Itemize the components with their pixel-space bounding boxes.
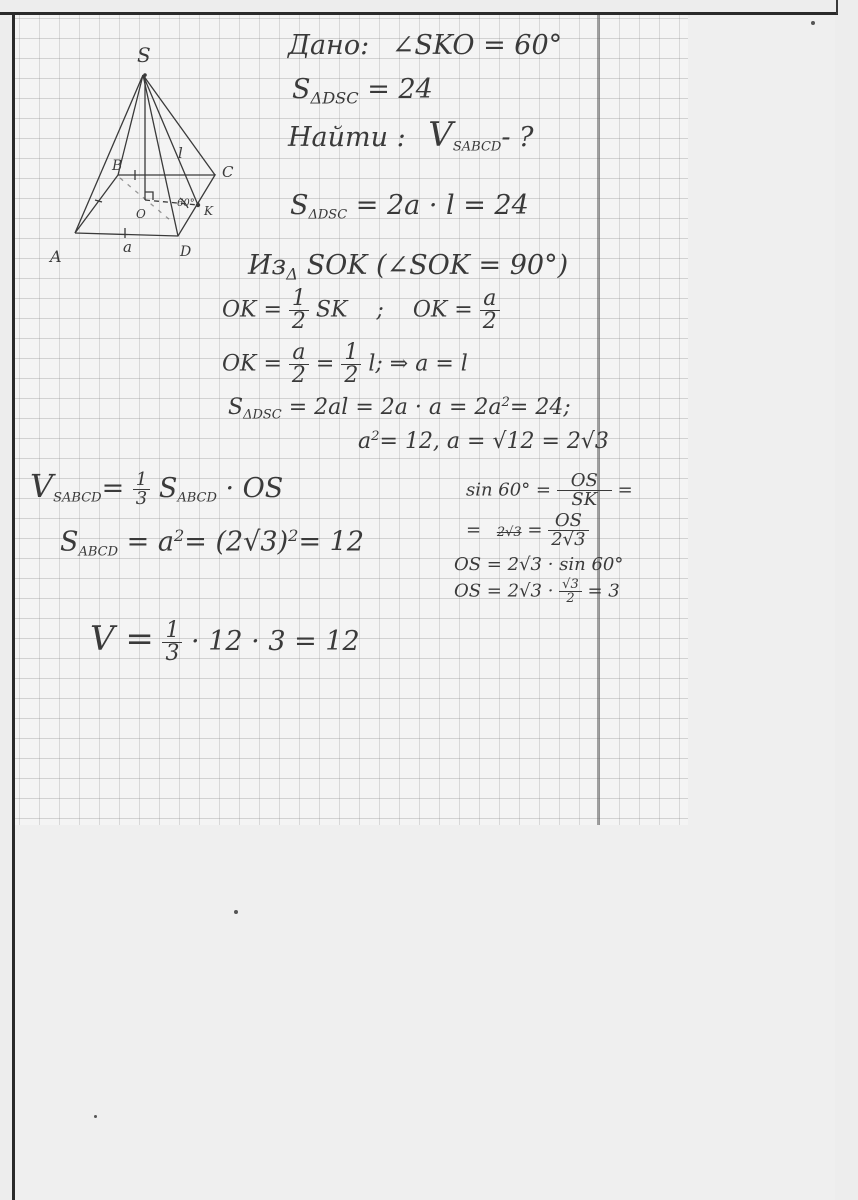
label-vertex-a: A [48,247,62,266]
ok-left: OK = [222,352,282,377]
frac-num: a [289,342,309,365]
os-result: = 3 [587,581,619,602]
label-midpoint-k: K [203,204,214,218]
frac-den: 3 [133,490,150,508]
equals: = [527,520,542,541]
area-formula-sub: ΔDSC [309,208,348,223]
s-symbol: S [60,527,79,558]
label-vertex-c: C [222,163,234,181]
base-area-result: = 12 [298,527,364,558]
frac-num: a [480,288,500,311]
label-center-o: O [136,207,146,221]
frac-den: 2 [480,311,500,333]
s-symbol: S [159,473,178,504]
base-area-line: SABCD = a2= (2√3)2= 12 [60,528,364,558]
crossed-out-value: 2√3 [497,525,522,540]
equals: = [316,352,334,377]
frac-num: √3 [559,578,582,592]
separator: ; [376,298,383,323]
v-equals: V = [90,619,154,659]
area-sub: ΔDSC [243,407,282,422]
triangle-sok-text: SOK (∠SOK = 90°) [307,250,569,281]
frac-num: 1 [289,288,309,311]
fraction-sqrt3-half: √32 [559,578,582,605]
sin-line: sin 60° = OSSK = [466,472,633,509]
fraction-os-2sqrt3: OS2√3 [548,512,588,549]
frac-den: 2 [289,311,309,333]
given-label: Дано: [288,30,369,61]
scan-edge-corner [836,0,838,14]
sub-line: = 2√3 = OS2√3 [466,512,589,549]
frac-den: 2√3 [548,531,588,549]
volume-formula: VSABCD= 13 SABCD · OS [30,470,283,508]
fraction-third: 13 [133,471,150,508]
os-line-2: OS = 2√3 · √32 = 3 [454,578,620,605]
margin-line [597,15,600,825]
find-volume-subscript: SABCD [453,140,501,155]
equals: = [618,480,633,501]
from-prefix: Из [248,250,286,281]
volume-tail: · OS [226,473,284,504]
find-suffix: - ? [501,122,533,153]
area-solve-rhs: = 2al = 2a · a = 2a [289,395,502,420]
a-squared: = a [127,527,174,558]
from-triangle-line: ИзΔ SOK (∠SOK = 90°) [248,252,568,283]
final-volume-result: · 12 · 3 = 12 [191,626,360,657]
area-formula-rhs: = 2a · l = 24 [356,190,529,221]
frac-den: SK [557,491,612,509]
area-subscript: ΔDSC [311,89,359,108]
sin-left: sin 60° = [466,480,551,501]
scan-speck [811,21,815,25]
label-apothem-l: l [178,144,183,162]
frac-den: 2 [341,365,361,387]
fraction-os-sk: OSSK [557,472,612,509]
paren-expr: = (2√3) [184,527,288,558]
s-subscript: ABCD [177,491,217,506]
fraction-half: 12 [341,342,361,387]
equals: = [466,520,481,541]
area-solve-end: = 24; [510,395,571,420]
v-subscript: SABCD [53,491,101,506]
ok-left: OK = [222,298,282,323]
ok-equal-line: OK = a2 = 12 l; ⇒ a = l [222,342,468,387]
frac-den: 2 [289,365,309,387]
ok-half-line: OK = 12 SK ; OK = a2 [222,288,500,333]
area-solve-line: SΔDSC = 2al = 2a · a = 2a2= 24; [228,396,571,421]
os-line-1: OS = 2√3 · sin 60° [454,556,623,574]
given-angle: Дано: ∠SKO = 60° [288,32,562,59]
find-line: Найти : VSABCD- ? [288,118,534,154]
given-area: SΔDSC = 24 [292,76,433,107]
area-formula: SΔDSC = 2a · l = 24 [290,192,529,222]
find-label: Найти : [288,122,406,153]
fraction-half: 12 [289,288,309,333]
a-symbol: a [358,429,371,454]
a-equals-l: l; ⇒ a = l [368,352,467,377]
frac-num: 1 [162,620,182,643]
ok-right: OK = [413,298,473,323]
label-vertex-d: D [179,244,191,260]
label-side-a: a [123,238,132,256]
v-symbol: V [30,467,53,505]
a-value-line: a2= 12, a = √12 = 2√3 [358,430,609,453]
equals: = [102,473,125,504]
area-symbol: S [292,74,311,105]
frac-den: 2 [559,592,582,605]
find-volume-symbol: V [428,115,453,155]
pyramid-diagram: S B C A D O K a l 60° [40,40,240,270]
scan-speck [234,910,238,914]
exponent: 2 [371,429,379,444]
exponent: 2 [502,395,510,410]
scan-speck [94,1115,97,1118]
a-value: = 12, a = √12 = 2√3 [380,429,609,454]
given-angle-value: ∠SKO = 60° [392,30,562,61]
label-apex-s: S [137,43,151,67]
area-s: S [290,190,309,221]
exponent: 2 [174,526,184,545]
ok-sk: SK [316,298,348,323]
os-left: OS = 2√3 · [454,581,553,602]
frac-num: 1 [341,342,361,365]
area-s: S [228,395,243,420]
label-angle-60: 60° [177,198,195,209]
fraction-a-half: a2 [289,342,309,387]
label-vertex-b: B [111,158,122,174]
area-value: = 24 [367,74,433,105]
s-subscript: ABCD [79,544,119,559]
final-volume-line: V = 13 · 12 · 3 = 12 [90,620,360,665]
triangle-symbol: Δ [286,265,298,284]
frac-den: 3 [162,643,182,665]
fraction-third: 13 [162,620,182,665]
fraction-a-half: a2 [480,288,500,333]
exponent: 2 [288,526,298,545]
